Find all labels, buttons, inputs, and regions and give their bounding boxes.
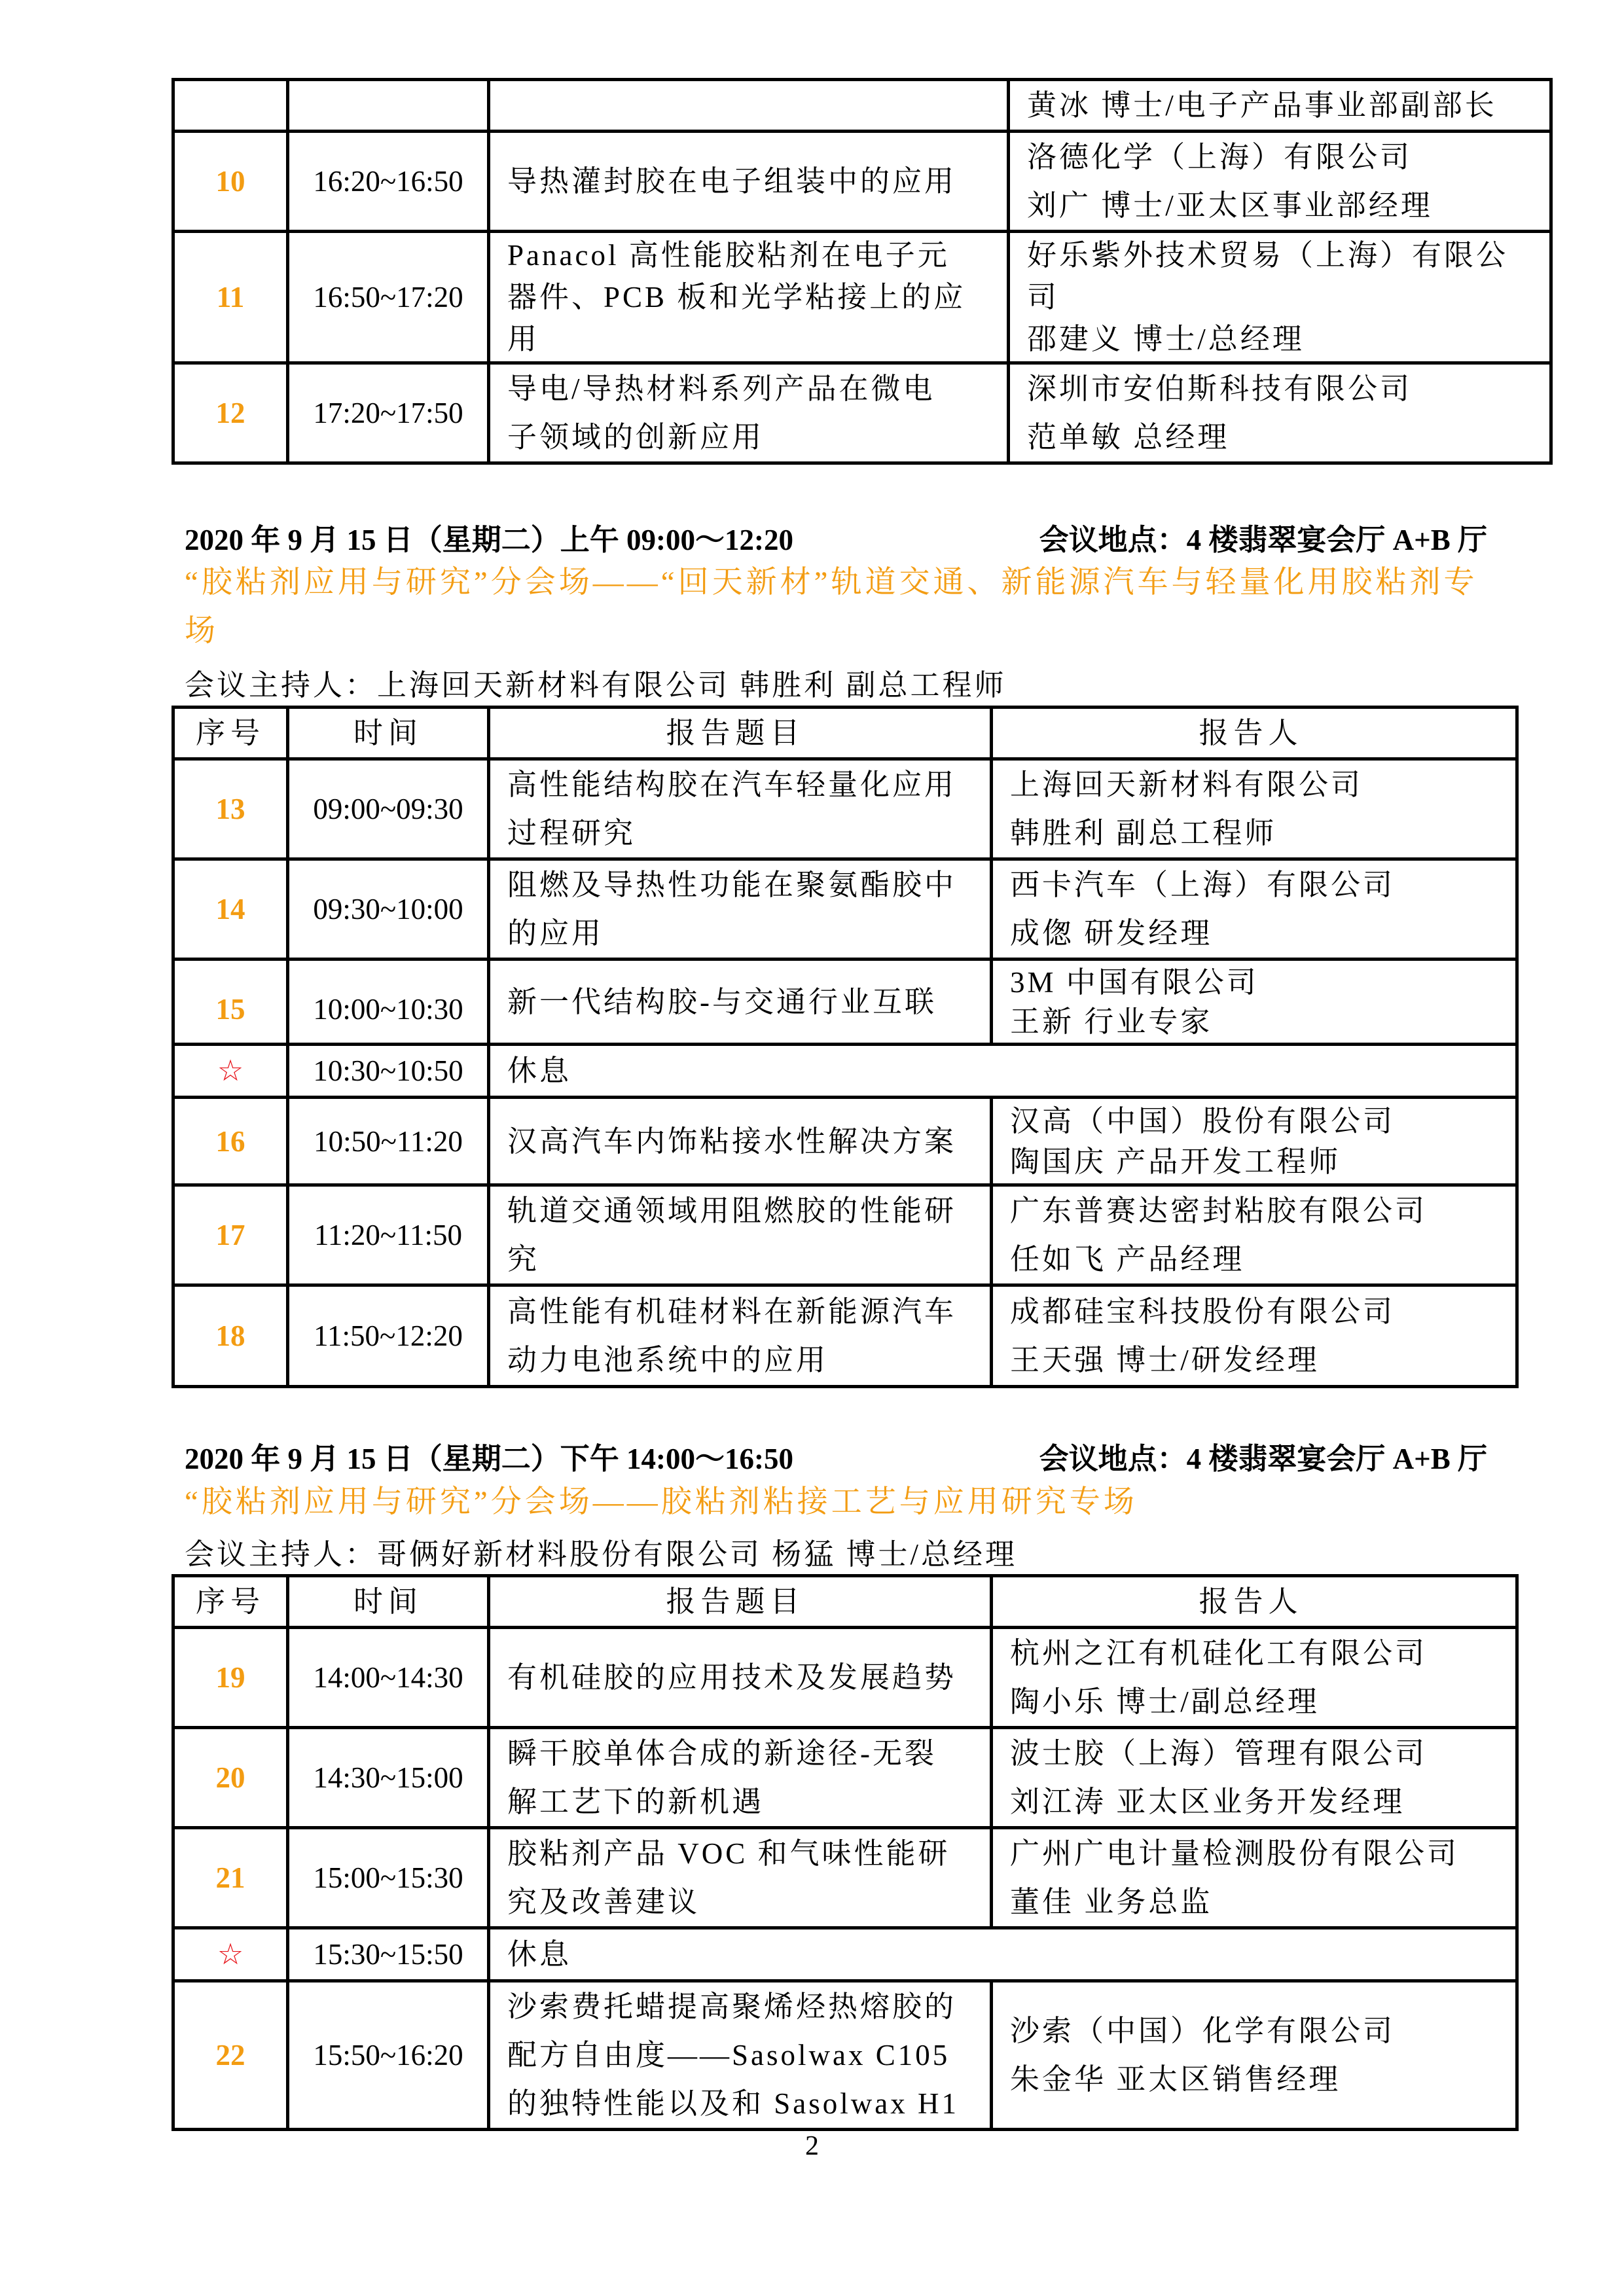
schedule-table-afternoon-continued: 黄冰 博士/电子产品事业部副部长 10 16:20~16:50 导热灌封胶在电子… xyxy=(171,78,1553,465)
title-line: 子领域的创新应用 xyxy=(507,413,998,461)
table-row: 15 10:00~10:30 新一代结构胶-与交通行业互联 3M 中国有限公司 … xyxy=(173,960,1517,1045)
session-title: “胶粘剂应用与研究”分会场——胶粘剂粘接工艺与应用研究专场 xyxy=(185,1478,1494,1526)
row-title: 有机硅胶的应用技术及发展趋势 xyxy=(489,1628,992,1728)
row-time: 11:50~12:20 xyxy=(288,1285,489,1387)
row-number: 13 xyxy=(173,759,288,859)
row-time: 09:30~10:00 xyxy=(288,859,489,960)
break-label: 休息 xyxy=(489,1928,1517,1981)
row-speaker: 西卡汽车（上海）有限公司 成偬 研发经理 xyxy=(992,859,1517,960)
table-row: 20 14:30~15:00 瞬干胶单体合成的新途径-无裂 解工艺下的新机遇 波… xyxy=(173,1728,1517,1828)
session-title-line: “胶粘剂应用与研究”分会场——“回天新材”轨道交通、新能源汽车与轻量化用胶粘剂专 xyxy=(185,558,1494,607)
title-line: 有机硅胶的应用技术及发展趋势 xyxy=(507,1653,981,1702)
row-time: 10:30~10:50 xyxy=(288,1045,489,1098)
row-number: 16 xyxy=(173,1098,288,1185)
row-speaker: 上海回天新材料有限公司 韩胜利 副总工程师 xyxy=(992,759,1517,859)
title-line: 胶粘剂产品 VOC 和气味性能研 xyxy=(507,1829,981,1878)
title-line: 导热灌封胶在电子组装中的应用 xyxy=(507,157,998,206)
row-time: 10:50~11:20 xyxy=(288,1098,489,1185)
row-number: 10 xyxy=(173,132,288,232)
session-host: 会议主持人：哥俩好新材料股份有限公司 杨猛 博士/总经理 xyxy=(185,1530,1017,1573)
row-title: 高性能结构胶在汽车轻量化应用 过程研究 xyxy=(489,759,992,859)
schedule-table-afternoon: 序号 时间 报告题目 报告人 19 14:00~14:30 有机硅胶的应用技术及… xyxy=(171,1574,1519,2131)
speaker-company: 沙索（中国）化学有限公司 xyxy=(1010,2007,1509,2055)
row-number: 14 xyxy=(173,859,288,960)
row-speaker: 黄冰 博士/电子产品事业部副部长 xyxy=(1009,80,1551,132)
row-time: 09:00~09:30 xyxy=(288,759,489,859)
header-speaker: 报告人 xyxy=(992,1576,1517,1628)
title-line: 沙索费托蜡提高聚烯烃热熔胶的 xyxy=(507,1982,981,2031)
title-line: 高性能结构胶在汽车轻量化应用 xyxy=(507,761,981,809)
schedule-table-morning: 序号 时间 报告题目 报告人 13 09:00~09:30 高性能结构胶在汽车轻… xyxy=(171,706,1519,1388)
speaker-company: 汉高（中国）股份有限公司 xyxy=(1010,1101,1509,1141)
session-venue: 会议地点：4 楼翡翠宴会厅 A+B 厅 xyxy=(1039,516,1487,558)
speaker-name: 董佳 业务总监 xyxy=(1010,1878,1509,1926)
title-line: 过程研究 xyxy=(507,809,981,857)
row-speaker: 洛德化学（上海）有限公司 刘广 博士/亚太区事业部经理 xyxy=(1009,132,1551,232)
title-line: 瞬干胶单体合成的新途径-无裂 xyxy=(507,1729,981,1778)
session-title-line: 场 xyxy=(185,607,1494,655)
row-speaker: 深圳市安伯斯科技有限公司 范单敏 总经理 xyxy=(1009,363,1551,463)
table-row: 10 16:20~16:50 导热灌封胶在电子组装中的应用 洛德化学（上海）有限… xyxy=(173,132,1551,232)
title-line: 新一代结构胶-与交通行业互联 xyxy=(507,978,981,1026)
session-date: 2020 年 9 月 15 日（星期二）上午 09:00～12:20 xyxy=(185,516,793,558)
session-title: “胶粘剂应用与研究”分会场——“回天新材”轨道交通、新能源汽车与轻量化用胶粘剂专… xyxy=(185,558,1494,655)
break-label: 休息 xyxy=(489,1045,1517,1098)
title-line: 汉高汽车内饰粘接水性解决方案 xyxy=(507,1117,981,1166)
table-row: 黄冰 博士/电子产品事业部副部长 xyxy=(173,80,1551,132)
row-number xyxy=(173,80,288,132)
title-line: 器件、PCB 板和光学粘接上的应 xyxy=(507,276,998,318)
session-date-line: 2020 年 9 月 15 日（星期二）上午 09:00～12:20 会议地点：… xyxy=(185,516,1487,558)
session-date: 2020 年 9 月 15 日（星期二）下午 14:00～16:50 xyxy=(185,1435,793,1477)
row-title: 阻燃及导热性功能在聚氨酯胶中 的应用 xyxy=(489,859,992,960)
speaker-company: 3M 中国有限公司 xyxy=(1010,963,1509,1002)
title-line: 的独特性能以及和 Sasolwax H1 xyxy=(507,2079,981,2128)
title-line: 解工艺下的新机遇 xyxy=(507,1778,981,1826)
row-number: 15 xyxy=(173,960,288,1045)
title-line: 究 xyxy=(507,1235,981,1283)
row-time: 10:00~10:30 xyxy=(288,960,489,1045)
row-title: 瞬干胶单体合成的新途径-无裂 解工艺下的新机遇 xyxy=(489,1728,992,1828)
break-star-icon: ☆ xyxy=(173,1928,288,1981)
row-time: 17:20~17:50 xyxy=(288,363,489,463)
title-line: 动力电池系统中的应用 xyxy=(507,1336,981,1384)
row-time: 15:00~15:30 xyxy=(288,1828,489,1928)
break-star-icon: ☆ xyxy=(173,1045,288,1098)
row-speaker: 广东普赛达密封粘胶有限公司 任如飞 产品经理 xyxy=(992,1185,1517,1285)
header-time: 时间 xyxy=(288,1576,489,1628)
row-number: 12 xyxy=(173,363,288,463)
speaker-company: 深圳市安伯斯科技有限公司 xyxy=(1027,365,1543,413)
row-time: 15:30~15:50 xyxy=(288,1928,489,1981)
table-header-row: 序号 时间 报告题目 报告人 xyxy=(173,708,1517,759)
title-line: 阻燃及导热性功能在聚氨酯胶中 xyxy=(507,861,981,909)
speaker-company: 杭州之江有机硅化工有限公司 xyxy=(1010,1629,1509,1677)
table-row: 11 16:50~17:20 Panacol 高性能胶粘剂在电子元 器件、PCB… xyxy=(173,232,1551,363)
table-row: 13 09:00~09:30 高性能结构胶在汽车轻量化应用 过程研究 上海回天新… xyxy=(173,759,1517,859)
title-line: Panacol 高性能胶粘剂在电子元 xyxy=(507,234,998,276)
title-line: 用 xyxy=(507,318,998,360)
row-number: 22 xyxy=(173,1981,288,2130)
row-speaker: 沙索（中国）化学有限公司 朱金华 亚太区销售经理 xyxy=(992,1981,1517,2130)
speaker-name: 陶国庆 产品开发工程师 xyxy=(1010,1141,1509,1182)
row-speaker: 好乐紫外技术贸易（上海）有限公 司 邵建义 博士/总经理 xyxy=(1009,232,1551,363)
speaker-company: 西卡汽车（上海）有限公司 xyxy=(1010,861,1509,909)
speaker-line: 黄冰 博士/电子产品事业部副部长 xyxy=(1027,81,1543,130)
speaker-name: 陶小乐 博士/副总经理 xyxy=(1010,1677,1509,1726)
row-title: 新一代结构胶-与交通行业互联 xyxy=(489,960,992,1045)
row-title: 胶粘剂产品 VOC 和气味性能研 究及改善建议 xyxy=(489,1828,992,1928)
row-title xyxy=(489,80,1009,132)
session-date-line: 2020 年 9 月 15 日（星期二）下午 14:00～16:50 会议地点：… xyxy=(185,1435,1487,1477)
row-title: 高性能有机硅材料在新能源汽车 动力电池系统中的应用 xyxy=(489,1285,992,1387)
speaker-company: 广东普赛达密封粘胶有限公司 xyxy=(1010,1187,1509,1235)
row-time: 11:20~11:50 xyxy=(288,1185,489,1285)
row-speaker: 波士胶（上海）管理有限公司 刘江涛 亚太区业务开发经理 xyxy=(992,1728,1517,1828)
row-number: 19 xyxy=(173,1628,288,1728)
speaker-name: 朱金华 亚太区销售经理 xyxy=(1010,2055,1509,2104)
row-title: 轨道交通领域用阻燃胶的性能研 究 xyxy=(489,1185,992,1285)
title-line: 轨道交通领域用阻燃胶的性能研 xyxy=(507,1187,981,1235)
page-number: 2 xyxy=(0,2130,1624,2162)
header-speaker: 报告人 xyxy=(992,708,1517,759)
table-row: 21 15:00~15:30 胶粘剂产品 VOC 和气味性能研 究及改善建议 广… xyxy=(173,1828,1517,1928)
table-row: 18 11:50~12:20 高性能有机硅材料在新能源汽车 动力电池系统中的应用… xyxy=(173,1285,1517,1387)
table-row: 16 10:50~11:20 汉高汽车内饰粘接水性解决方案 汉高（中国）股份有限… xyxy=(173,1098,1517,1185)
row-number: 20 xyxy=(173,1728,288,1828)
row-title: 导电/导热材料系列产品在微电 子领域的创新应用 xyxy=(489,363,1009,463)
speaker-company: 成都硅宝科技股份有限公司 xyxy=(1010,1287,1509,1336)
row-speaker: 杭州之江有机硅化工有限公司 陶小乐 博士/副总经理 xyxy=(992,1628,1517,1728)
row-time: 15:50~16:20 xyxy=(288,1981,489,2130)
header-number: 序号 xyxy=(173,1576,288,1628)
row-time xyxy=(288,80,489,132)
table-row: 12 17:20~17:50 导电/导热材料系列产品在微电 子领域的创新应用 深… xyxy=(173,363,1551,463)
row-time: 14:00~14:30 xyxy=(288,1628,489,1728)
title-line: 高性能有机硅材料在新能源汽车 xyxy=(507,1287,981,1336)
row-time: 14:30~15:00 xyxy=(288,1728,489,1828)
header-time: 时间 xyxy=(288,708,489,759)
session-venue: 会议地点：4 楼翡翠宴会厅 A+B 厅 xyxy=(1039,1435,1487,1477)
title-line: 导电/导热材料系列产品在微电 xyxy=(507,365,998,413)
speaker-company: 广州广电计量检测股份有限公司 xyxy=(1010,1829,1509,1878)
speaker-company: 上海回天新材料有限公司 xyxy=(1010,761,1509,809)
title-line: 配方自由度——Sasolwax C105 xyxy=(507,2031,981,2079)
speaker-company: 波士胶（上海）管理有限公司 xyxy=(1010,1729,1509,1778)
speaker-name: 刘广 博士/亚太区事业部经理 xyxy=(1027,181,1543,230)
row-speaker: 汉高（中国）股份有限公司 陶国庆 产品开发工程师 xyxy=(992,1098,1517,1185)
row-speaker: 广州广电计量检测股份有限公司 董佳 业务总监 xyxy=(992,1828,1517,1928)
row-title: 沙索费托蜡提高聚烯烃热熔胶的 配方自由度——Sasolwax C105 的独特性… xyxy=(489,1981,992,2130)
speaker-name: 王新 行业专家 xyxy=(1010,1002,1509,1041)
speaker-name: 邵建义 博士/总经理 xyxy=(1027,318,1543,360)
row-speaker: 成都硅宝科技股份有限公司 王天强 博士/研发经理 xyxy=(992,1285,1517,1387)
row-number: 11 xyxy=(173,232,288,363)
row-title: 导热灌封胶在电子组装中的应用 xyxy=(489,132,1009,232)
title-line: 究及改善建议 xyxy=(507,1878,981,1926)
speaker-name: 刘江涛 亚太区业务开发经理 xyxy=(1010,1778,1509,1826)
row-speaker: 3M 中国有限公司 王新 行业专家 xyxy=(992,960,1517,1045)
table-row: 19 14:00~14:30 有机硅胶的应用技术及发展趋势 杭州之江有机硅化工有… xyxy=(173,1628,1517,1728)
session-title-line: “胶粘剂应用与研究”分会场——胶粘剂粘接工艺与应用研究专场 xyxy=(185,1478,1494,1526)
speaker-name: 王天强 博士/研发经理 xyxy=(1010,1336,1509,1384)
row-title: 汉高汽车内饰粘接水性解决方案 xyxy=(489,1098,992,1185)
row-title: Panacol 高性能胶粘剂在电子元 器件、PCB 板和光学粘接上的应 用 xyxy=(489,232,1009,363)
header-title: 报告题目 xyxy=(489,708,992,759)
speaker-name: 韩胜利 副总工程师 xyxy=(1010,809,1509,857)
row-number: 21 xyxy=(173,1828,288,1928)
header-number: 序号 xyxy=(173,708,288,759)
speaker-name: 成偬 研发经理 xyxy=(1010,909,1509,958)
row-number: 17 xyxy=(173,1185,288,1285)
table-header-row: 序号 时间 报告题目 报告人 xyxy=(173,1576,1517,1628)
speaker-company: 司 xyxy=(1027,276,1543,318)
table-row: 17 11:20~11:50 轨道交通领域用阻燃胶的性能研 究 广东普赛达密封粘… xyxy=(173,1185,1517,1285)
speaker-name: 范单敏 总经理 xyxy=(1027,413,1543,461)
row-time: 16:20~16:50 xyxy=(288,132,489,232)
break-row: ☆ 10:30~10:50 休息 xyxy=(173,1045,1517,1098)
break-row: ☆ 15:30~15:50 休息 xyxy=(173,1928,1517,1981)
row-number: 18 xyxy=(173,1285,288,1387)
row-time: 16:50~17:20 xyxy=(288,232,489,363)
header-title: 报告题目 xyxy=(489,1576,992,1628)
speaker-name: 任如飞 产品经理 xyxy=(1010,1235,1509,1283)
table-row: 22 15:50~16:20 沙索费托蜡提高聚烯烃热熔胶的 配方自由度——Sas… xyxy=(173,1981,1517,2130)
session-host: 会议主持人：上海回天新材料有限公司 韩胜利 副总工程师 xyxy=(185,661,1007,704)
table-row: 14 09:30~10:00 阻燃及导热性功能在聚氨酯胶中 的应用 西卡汽车（上… xyxy=(173,859,1517,960)
title-line: 的应用 xyxy=(507,909,981,958)
speaker-company: 洛德化学（上海）有限公司 xyxy=(1027,133,1543,181)
speaker-company: 好乐紫外技术贸易（上海）有限公 xyxy=(1027,234,1543,276)
